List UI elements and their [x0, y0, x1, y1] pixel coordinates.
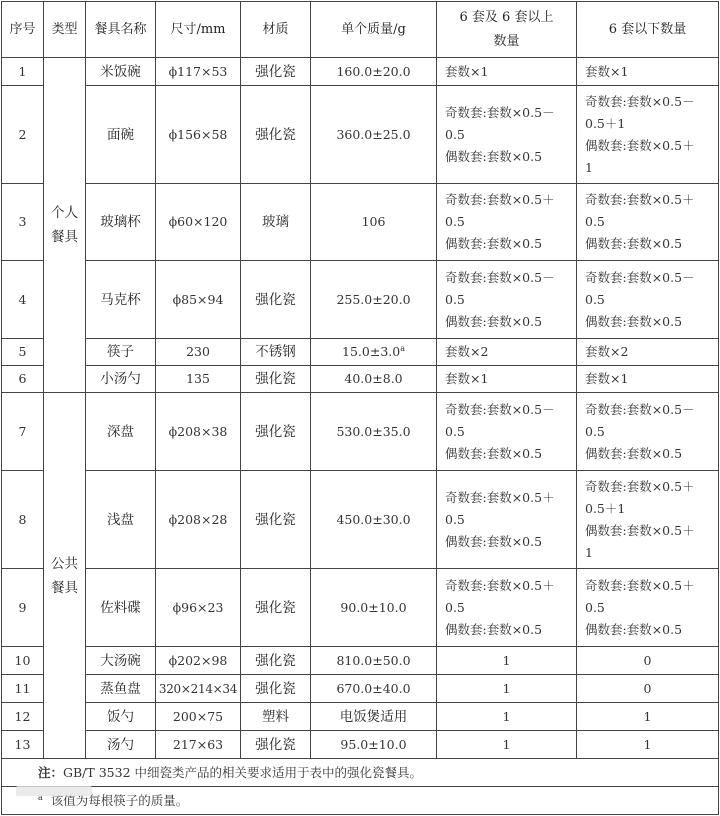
cell-qty-6-plus: 奇数套:套数×0.5－ 0.5 偶数套:套数×0.5	[437, 393, 577, 471]
header-qty-6-plus-line1: 6 套及 6 套以上	[437, 6, 576, 30]
qty-line: 奇数套:套数×0.5－	[445, 102, 572, 124]
table-row: 2 面碗 ϕ156×58 强化瓷 360.0±25.0 奇数套:套数×0.5－ …	[2, 86, 719, 184]
cell-qty-under-6: 奇数套:套数×0.5－ 0.5＋1 偶数套:套数×0.5＋ 1	[577, 86, 719, 184]
qty-line: 偶数套:套数×0.5＋	[585, 520, 714, 542]
cell-mass: 106	[311, 184, 437, 261]
cell-index: 8	[2, 471, 44, 569]
table-row: 5 筷子 230 不锈钢 15.0±3.0a 套数×2 套数×2	[2, 339, 719, 366]
type-label: 公共餐具	[51, 552, 79, 600]
header-material: 材质	[241, 2, 311, 58]
qty-line: 偶数套:套数×0.5	[445, 443, 572, 465]
header-qty-under-6: 6 套以下数量	[577, 2, 719, 58]
table-row: 12 饭勺 200×75 塑料 电饭煲适用 1 1	[2, 703, 719, 731]
qty-line: 奇数套:套数×0.5＋	[585, 575, 714, 597]
cell-index: 11	[2, 675, 44, 703]
cell-qty-6-plus: 奇数套:套数×0.5＋ 0.5 偶数套:套数×0.5	[437, 184, 577, 261]
cell-index: 7	[2, 393, 44, 471]
cell-material: 强化瓷	[241, 86, 311, 184]
cell-mass: 360.0±25.0	[311, 86, 437, 184]
cell-size: ϕ208×28	[156, 471, 241, 569]
cell-qty-6-plus: 套数×2	[437, 339, 577, 366]
cell-size: 230	[156, 339, 241, 366]
cell-qty-6-plus: 奇数套:套数×0.5－ 0.5 偶数套:套数×0.5	[437, 261, 577, 339]
qty-line: 奇数套:套数×0.5－	[445, 399, 572, 421]
cell-qty-6-plus: 1	[437, 731, 577, 759]
cell-index: 6	[2, 366, 44, 393]
cell-qty-under-6: 套数×1	[577, 366, 719, 393]
qty-line: 0.5	[585, 421, 714, 443]
cell-mass: 15.0±3.0a	[311, 339, 437, 366]
header-qty-6-plus-line2: 数量	[437, 30, 576, 54]
cell-size: ϕ117×53	[156, 58, 241, 86]
cell-qty-6-plus: 套数×1	[437, 366, 577, 393]
cell-mass: 530.0±35.0	[311, 393, 437, 471]
cell-qty-under-6: 套数×2	[577, 339, 719, 366]
cell-qty-6-plus: 1	[437, 647, 577, 675]
table-row: 8 浅盘 ϕ208×28 强化瓷 450.0±30.0 奇数套:套数×0.5＋ …	[2, 471, 719, 569]
qty-line: 0.5	[585, 597, 714, 619]
cell-qty-under-6: 奇数套:套数×0.5＋ 0.5 偶数套:套数×0.5	[577, 184, 719, 261]
cell-qty-6-plus: 1	[437, 703, 577, 731]
cell-index: 2	[2, 86, 44, 184]
table-note: 注：GB/T 3532 中细瓷类产品的相关要求适用于表中的强化瓷餐具。	[2, 759, 719, 787]
qty-line: 奇数套:套数×0.5＋	[585, 189, 714, 211]
cell-material: 不锈钢	[241, 339, 311, 366]
cell-name: 蒸鱼盘	[86, 675, 156, 703]
cell-material: 强化瓷	[241, 569, 311, 647]
cell-mass: 90.0±10.0	[311, 569, 437, 647]
cell-index: 5	[2, 339, 44, 366]
cell-size: ϕ85×94	[156, 261, 241, 339]
type-label: 个人餐具	[51, 201, 79, 249]
cell-index: 9	[2, 569, 44, 647]
tableware-spec-table: 序号 类型 餐具名称 尺寸/mm 材质 单个质量/g 6 套及 6 套以上 数量…	[1, 1, 719, 815]
qty-line: 奇数套:套数×0.5－	[585, 399, 714, 421]
cell-qty-under-6: 1	[577, 703, 719, 731]
cell-mass: 160.0±20.0	[311, 58, 437, 86]
cell-name: 小汤勺	[86, 366, 156, 393]
cell-mass: 255.0±20.0	[311, 261, 437, 339]
cell-material: 塑料	[241, 703, 311, 731]
qty-line: 奇数套:套数×0.5＋	[445, 575, 572, 597]
cell-name: 马克杯	[86, 261, 156, 339]
cell-qty-6-plus: 奇数套:套数×0.5＋ 0.5 偶数套:套数×0.5	[437, 471, 577, 569]
cell-mass: 670.0±40.0	[311, 675, 437, 703]
cell-name: 深盘	[86, 393, 156, 471]
cell-qty-under-6: 奇数套:套数×0.5－ 0.5 偶数套:套数×0.5	[577, 261, 719, 339]
cell-index: 1	[2, 58, 44, 86]
cell-name: 浅盘	[86, 471, 156, 569]
cell-mass: 95.0±10.0	[311, 731, 437, 759]
cell-index: 10	[2, 647, 44, 675]
cell-qty-6-plus: 1	[437, 675, 577, 703]
cell-material: 强化瓷	[241, 366, 311, 393]
header-row: 序号 类型 餐具名称 尺寸/mm 材质 单个质量/g 6 套及 6 套以上 数量…	[2, 2, 719, 58]
watermark	[16, 786, 92, 796]
table-row: 10 大汤碗 ϕ202×98 强化瓷 810.0±50.0 1 0	[2, 647, 719, 675]
cell-name: 大汤碗	[86, 647, 156, 675]
cell-mass: 450.0±30.0	[311, 471, 437, 569]
header-size: 尺寸/mm	[156, 2, 241, 58]
qty-line: 奇数套:套数×0.5＋	[585, 476, 714, 498]
cell-index: 3	[2, 184, 44, 261]
cell-material: 强化瓷	[241, 393, 311, 471]
qty-line: 1	[585, 157, 714, 179]
cell-qty-under-6: 0	[577, 647, 719, 675]
cell-name: 筷子	[86, 339, 156, 366]
qty-line: 0.5＋1	[585, 498, 714, 520]
note-row: 注：GB/T 3532 中细瓷类产品的相关要求适用于表中的强化瓷餐具。	[2, 759, 719, 787]
cell-type-public: 公共餐具	[44, 393, 86, 759]
header-type: 类型	[44, 2, 86, 58]
qty-line: 偶数套:套数×0.5	[445, 311, 572, 333]
qty-line: 奇数套:套数×0.5－	[585, 267, 714, 289]
header-mass: 单个质量/g	[311, 2, 437, 58]
table-row: 3 玻璃杯 ϕ60×120 玻璃 106 奇数套:套数×0.5＋ 0.5 偶数套…	[2, 184, 719, 261]
cell-qty-6-plus: 套数×1	[437, 58, 577, 86]
table-footnote: a 该值为每根筷子的质量。	[2, 787, 719, 815]
cell-index: 12	[2, 703, 44, 731]
qty-line: 偶数套:套数×0.5	[445, 146, 572, 168]
qty-line: 0.5	[445, 597, 572, 619]
table-row: 4 马克杯 ϕ85×94 强化瓷 255.0±20.0 奇数套:套数×0.5－ …	[2, 261, 719, 339]
cell-name: 佐料碟	[86, 569, 156, 647]
cell-material: 强化瓷	[241, 675, 311, 703]
cell-material: 强化瓷	[241, 58, 311, 86]
qty-line: 偶数套:套数×0.5	[445, 619, 572, 641]
table-row: 1 个人餐具 米饭碗 ϕ117×53 强化瓷 160.0±20.0 套数×1 套…	[2, 58, 719, 86]
qty-line: 偶数套:套数×0.5	[445, 233, 572, 255]
qty-line: 0.5	[445, 211, 572, 233]
cell-qty-under-6: 奇数套:套数×0.5＋ 0.5＋1 偶数套:套数×0.5＋ 1	[577, 471, 719, 569]
cell-material: 强化瓷	[241, 731, 311, 759]
cell-index: 4	[2, 261, 44, 339]
table-row: 13 汤勺 217×63 强化瓷 95.0±10.0 1 1	[2, 731, 719, 759]
note-text: GB/T 3532 中细瓷类产品的相关要求适用于表中的强化瓷餐具。	[63, 765, 422, 780]
table-row: 11 蒸鱼盘 320×214×34 强化瓷 670.0±40.0 1 0	[2, 675, 719, 703]
cell-size: 217×63	[156, 731, 241, 759]
cell-index: 13	[2, 731, 44, 759]
mass-value: 15.0±3.0	[342, 344, 400, 359]
qty-line: 0.5	[445, 509, 572, 531]
table-row: 6 小汤勺 135 强化瓷 40.0±8.0 套数×1 套数×1	[2, 366, 719, 393]
qty-line: 0.5	[585, 289, 714, 311]
header-name: 餐具名称	[86, 2, 156, 58]
cell-size: ϕ156×58	[156, 86, 241, 184]
footnote-row: a 该值为每根筷子的质量。	[2, 787, 719, 815]
cell-mass: 40.0±8.0	[311, 366, 437, 393]
cell-qty-under-6: 套数×1	[577, 58, 719, 86]
note-label: 注：	[38, 765, 63, 780]
cell-size: ϕ60×120	[156, 184, 241, 261]
cell-name: 米饭碗	[86, 58, 156, 86]
qty-line: 0.5	[445, 421, 572, 443]
footnote-ref: a	[400, 344, 405, 353]
qty-line: 0.5	[445, 124, 572, 146]
qty-line: 奇数套:套数×0.5＋	[445, 487, 572, 509]
cell-mass: 810.0±50.0	[311, 647, 437, 675]
qty-line: 0.5	[445, 289, 572, 311]
table-row: 7 公共餐具 深盘 ϕ208×38 强化瓷 530.0±35.0 奇数套:套数×…	[2, 393, 719, 471]
cell-size: ϕ208×38	[156, 393, 241, 471]
qty-line: 奇数套:套数×0.5－	[585, 91, 714, 113]
cell-qty-under-6: 1	[577, 731, 719, 759]
cell-size: 135	[156, 366, 241, 393]
cell-name: 面碗	[86, 86, 156, 184]
cell-name: 饭勺	[86, 703, 156, 731]
qty-line: 奇数套:套数×0.5＋	[445, 189, 572, 211]
qty-line: 偶数套:套数×0.5	[445, 531, 572, 553]
cell-material: 强化瓷	[241, 647, 311, 675]
cell-qty-under-6: 0	[577, 675, 719, 703]
qty-line: 奇数套:套数×0.5－	[445, 267, 572, 289]
cell-qty-under-6: 奇数套:套数×0.5＋ 0.5 偶数套:套数×0.5	[577, 569, 719, 647]
cell-qty-6-plus: 奇数套:套数×0.5－ 0.5 偶数套:套数×0.5	[437, 86, 577, 184]
cell-size: ϕ202×98	[156, 647, 241, 675]
cell-material: 强化瓷	[241, 261, 311, 339]
qty-line: 偶数套:套数×0.5	[585, 311, 714, 333]
qty-line: 1	[585, 542, 714, 564]
cell-size: 200×75	[156, 703, 241, 731]
cell-type-personal: 个人餐具	[44, 58, 86, 393]
cell-mass: 电饭煲适用	[311, 703, 437, 731]
cell-qty-under-6: 奇数套:套数×0.5－ 0.5 偶数套:套数×0.5	[577, 393, 719, 471]
header-qty-6-plus: 6 套及 6 套以上 数量	[437, 2, 577, 58]
qty-line: 0.5	[585, 211, 714, 233]
qty-line: 偶数套:套数×0.5＋	[585, 135, 714, 157]
cell-name: 汤勺	[86, 731, 156, 759]
qty-line: 偶数套:套数×0.5	[585, 233, 714, 255]
qty-line: 偶数套:套数×0.5	[585, 443, 714, 465]
cell-material: 强化瓷	[241, 471, 311, 569]
cell-material: 玻璃	[241, 184, 311, 261]
cell-name: 玻璃杯	[86, 184, 156, 261]
cell-size: 320×214×34	[156, 675, 241, 703]
cell-size: ϕ96×23	[156, 569, 241, 647]
qty-line: 偶数套:套数×0.5	[585, 619, 714, 641]
qty-line: 0.5＋1	[585, 113, 714, 135]
cell-qty-6-plus: 奇数套:套数×0.5＋ 0.5 偶数套:套数×0.5	[437, 569, 577, 647]
header-index: 序号	[2, 2, 44, 58]
table-row: 9 佐料碟 ϕ96×23 强化瓷 90.0±10.0 奇数套:套数×0.5＋ 0…	[2, 569, 719, 647]
